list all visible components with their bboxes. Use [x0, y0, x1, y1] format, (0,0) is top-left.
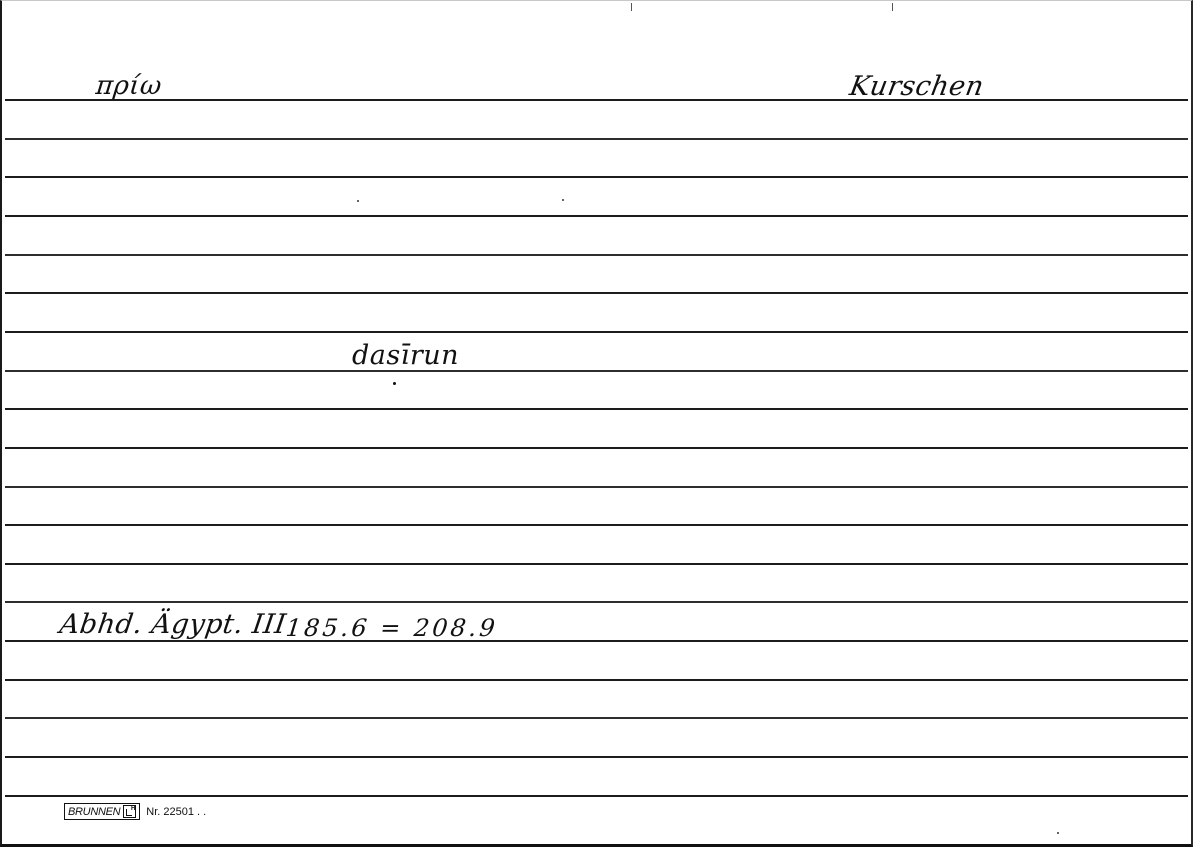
ruled-line: [5, 331, 1188, 333]
top-edge-tick: [892, 3, 893, 11]
ruled-line: [5, 601, 1188, 603]
ruled-line: [5, 795, 1188, 797]
ruled-line: [5, 679, 1188, 681]
ruled-line: [5, 99, 1188, 101]
ruled-line: [5, 408, 1188, 410]
ruled-line: [5, 215, 1188, 217]
ruled-line: [5, 756, 1188, 758]
brand-name: BRUNNEN: [68, 806, 120, 818]
ink-dot: [393, 382, 396, 385]
ruled-line: [5, 176, 1188, 178]
top-edge-tick: [631, 3, 632, 11]
ruled-line: [5, 717, 1188, 719]
entry-reference-location: 185.6 = 208.9: [285, 614, 500, 642]
paper-speck: [357, 200, 359, 202]
paper-speck: [1057, 832, 1059, 834]
ruled-line: [5, 292, 1188, 294]
index-card: πρίω Kurschen dasīrun Abhd. Ägypt. III 1…: [0, 0, 1193, 847]
brunnen-logo-icon: H: [123, 805, 136, 818]
ruled-line: [5, 447, 1188, 449]
ruled-line: [5, 254, 1188, 256]
entry-reference-source: Abhd. Ägypt. III: [58, 609, 288, 640]
ruled-line: [5, 138, 1188, 140]
ruled-line: [5, 524, 1188, 526]
card-footer: BRUNNEN H Nr. 22501 . .: [64, 803, 206, 820]
brand-mark: BRUNNEN H: [64, 803, 140, 820]
paper-speck: [562, 199, 564, 201]
ruled-line: [5, 563, 1188, 565]
header-keyword: πρίω: [94, 71, 163, 101]
product-number: Nr. 22501 . .: [146, 806, 206, 818]
entry-translation: dasīrun: [352, 340, 459, 371]
ruled-line: [5, 370, 1188, 372]
ruled-line: [5, 640, 1188, 642]
ruled-line: [5, 486, 1188, 488]
header-name: Kurschen: [847, 71, 986, 102]
